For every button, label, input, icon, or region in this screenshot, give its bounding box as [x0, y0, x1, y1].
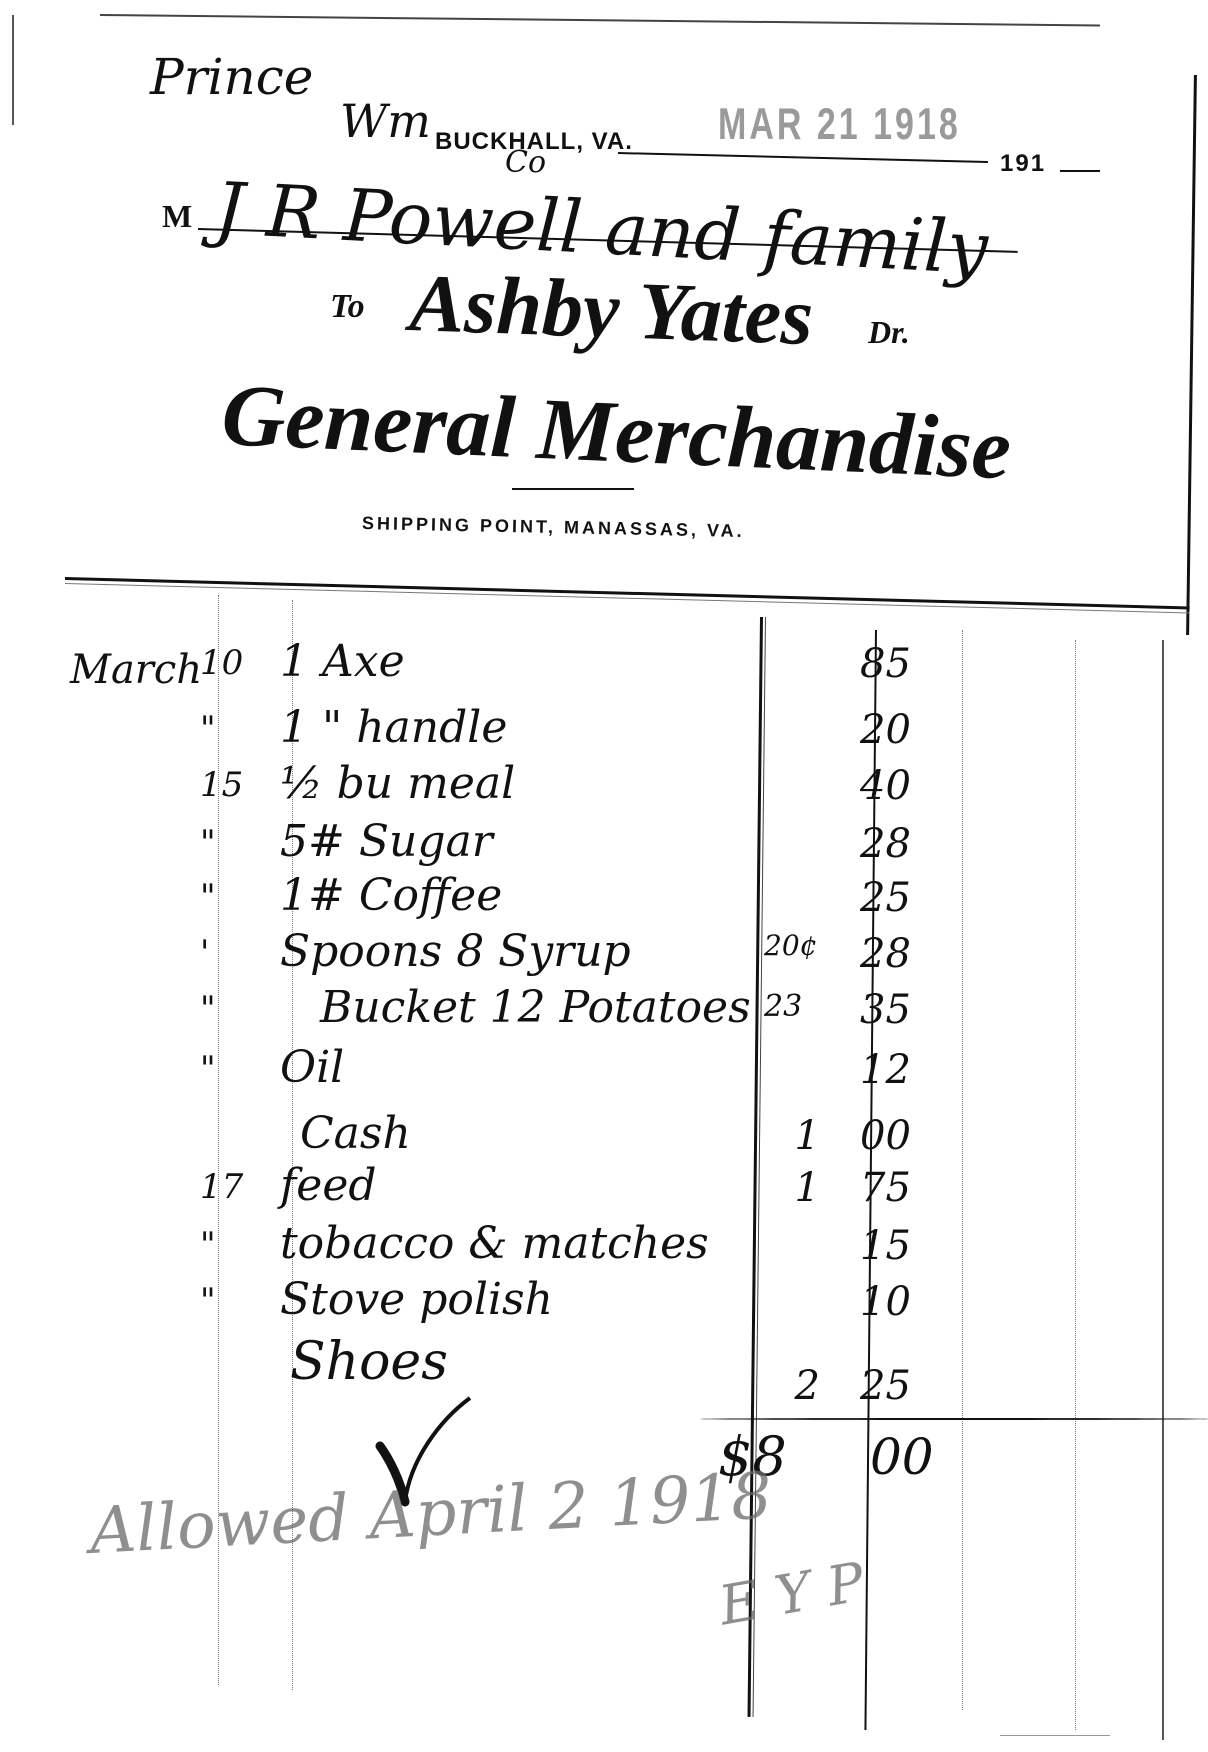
row-extra-amount: 20¢ — [764, 932, 817, 960]
row-cents: 15 — [860, 1226, 911, 1266]
row-extra-amount: 23 — [764, 992, 802, 1022]
row-date: 15 — [200, 768, 270, 802]
ledger-row: " tobacco & matches 15 — [0, 1222, 1208, 1282]
row-desc: tobacco & matches — [280, 1222, 709, 1266]
row-cents: 25 — [860, 878, 911, 918]
m-label: M — [162, 198, 192, 235]
county-note-wm: Wm — [340, 98, 431, 144]
ledger-top-rule-2 — [65, 583, 1190, 613]
row-cents: 20 — [860, 710, 911, 750]
ledger-row: ' Spoons 8 Syrup 20¢ 28 — [0, 930, 1208, 990]
ledger-row: " Bucket 12 Potatoes 23 35 — [0, 986, 1208, 1046]
row-date: 10 — [200, 646, 270, 680]
row-cents: 85 — [860, 644, 911, 684]
row-cents: 00 — [860, 1116, 911, 1156]
dr-label: Dr. — [868, 316, 910, 348]
year-line — [1060, 170, 1100, 172]
row-dollars: 2 — [740, 1366, 820, 1406]
row-cents: 75 — [860, 1168, 911, 1208]
date-stamp: MAR 21 1918 — [718, 100, 961, 151]
row-desc: 1 Axe — [280, 640, 405, 684]
row-desc: ½ bu meal — [280, 762, 515, 806]
ledger-row: Shoes 2 25 — [0, 1336, 1208, 1396]
row-date: " — [200, 826, 270, 860]
row-dollars: 1 — [740, 1116, 820, 1156]
business-title: General Merchandise — [220, 372, 1013, 494]
row-date: " — [200, 1228, 270, 1262]
row-date: " — [200, 992, 270, 1026]
ledger-row: " 1 " handle 20 — [0, 706, 1208, 766]
to-label: To — [330, 290, 365, 324]
row-cents: 40 — [860, 766, 911, 806]
row-desc: 1 " handle — [280, 706, 507, 750]
left-edge-mark — [12, 15, 14, 125]
row-desc: Cash — [300, 1112, 411, 1156]
allowed-note: Allowed April 2 1918 — [88, 1464, 773, 1564]
date-line — [618, 152, 988, 163]
total-cents: 00 — [870, 1432, 934, 1482]
merchant-name: Ashby Yates — [409, 262, 815, 358]
row-cents: 28 — [860, 934, 911, 974]
row-desc: Spoons 8 Syrup — [280, 930, 631, 974]
row-desc: Shoes — [290, 1336, 448, 1388]
row-cents: 25 — [860, 1366, 911, 1406]
row-dollars: 1 — [740, 1168, 820, 1208]
row-desc: 5# Sugar — [280, 820, 493, 864]
row-cents: 12 — [860, 1050, 911, 1090]
ledger-row: 15 ½ bu meal 40 — [0, 762, 1208, 822]
top-border — [100, 14, 1100, 26]
year-prefix: 191 — [1000, 150, 1046, 178]
row-desc: feed — [280, 1164, 377, 1208]
row-desc: Stove polish — [280, 1278, 553, 1322]
row-desc: 1# Coffee — [280, 874, 502, 918]
total-underline — [700, 1418, 1208, 1420]
row-date: " — [200, 712, 270, 746]
row-date: 17 — [200, 1170, 270, 1204]
row-cents: 28 — [860, 824, 911, 864]
bottom-corner-mark — [1000, 1735, 1110, 1736]
row-date: " — [200, 1052, 270, 1086]
ledger-row: 17 feed 1 75 — [0, 1164, 1208, 1224]
row-date: ' — [200, 936, 270, 970]
row-cents: 35 — [860, 990, 911, 1030]
row-desc: Oil — [280, 1046, 344, 1090]
ledger-row: " 5# Sugar 28 — [0, 820, 1208, 880]
shipping-point: SHIPPING POINT, MANASSAS, VA. — [362, 513, 745, 542]
right-border — [1186, 75, 1196, 635]
county-note: Prince — [150, 52, 313, 102]
row-date: " — [200, 880, 270, 914]
ledger-top-rule — [65, 577, 1190, 609]
row-date: " — [200, 1284, 270, 1318]
row-cents: 10 — [860, 1282, 911, 1322]
town-printed: BUCKHALL, VA. — [435, 128, 633, 156]
row-desc: Bucket 12 Potatoes — [320, 986, 751, 1030]
ledger-row: " 1# Coffee 25 — [0, 874, 1208, 934]
ledger-row: " Stove polish 10 — [0, 1278, 1208, 1338]
ledger-row: " Oil 12 — [0, 1046, 1208, 1106]
ledger-row: 10 1 Axe 85 — [0, 640, 1208, 700]
title-divider — [512, 488, 634, 490]
ledger-row: Cash 1 00 — [0, 1112, 1208, 1172]
approver-initials: E Y P — [715, 1555, 868, 1633]
